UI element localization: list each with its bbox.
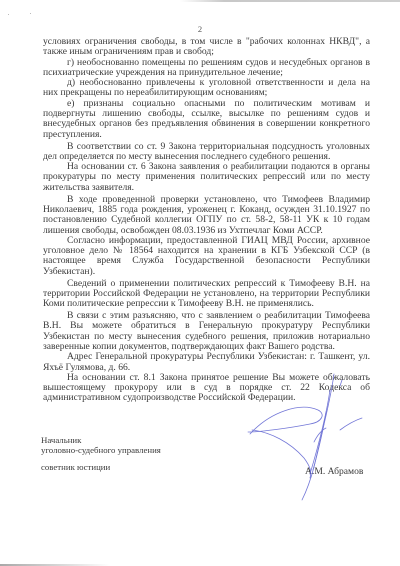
paragraph: На основании ст. 8.1 Закона принятое реш… [43,373,370,404]
scan-edge-top [180,0,400,2]
scan-speck [8,14,9,15]
signature-block: Начальник уголовно-судебного управления … [41,436,161,473]
paragraph: Адрес Генеральной прокуратуры Республики… [43,352,370,373]
document-body: условиях ограничения свободы, в том числ… [43,37,370,404]
paragraph: г) необоснованно помещены по решениям су… [43,58,370,79]
paragraph: В соответствии со ст. 9 Закона территори… [43,142,370,163]
page-number: 2 [0,24,400,34]
paragraph: Согласно информации, предоставленной ГИА… [43,236,370,277]
signer-rank: советник юстиции [41,463,161,473]
paragraph: д) необоснованно привлечены к уголовной … [43,78,370,99]
paragraph: В ходе проведенной проверки установлено,… [43,195,370,236]
paragraph: В связи с этим разъясняю, что с заявлени… [43,311,370,352]
paragraph: е) признаны социально опасными по полити… [43,99,370,140]
signer-position-line2: уголовно-судебного управления [41,446,161,456]
scan-speck [30,13,31,14]
paragraph: условиях ограничения свободы, в том числ… [43,37,370,58]
paragraph: На основании ст. 6 Закона заявления о ре… [43,162,370,193]
document-page: 2 условиях ограничения свободы, в том чи… [0,0,400,566]
paragraph: Сведений о применении политических репре… [43,279,370,310]
signer-name: А.М. Абрамов [305,466,363,477]
